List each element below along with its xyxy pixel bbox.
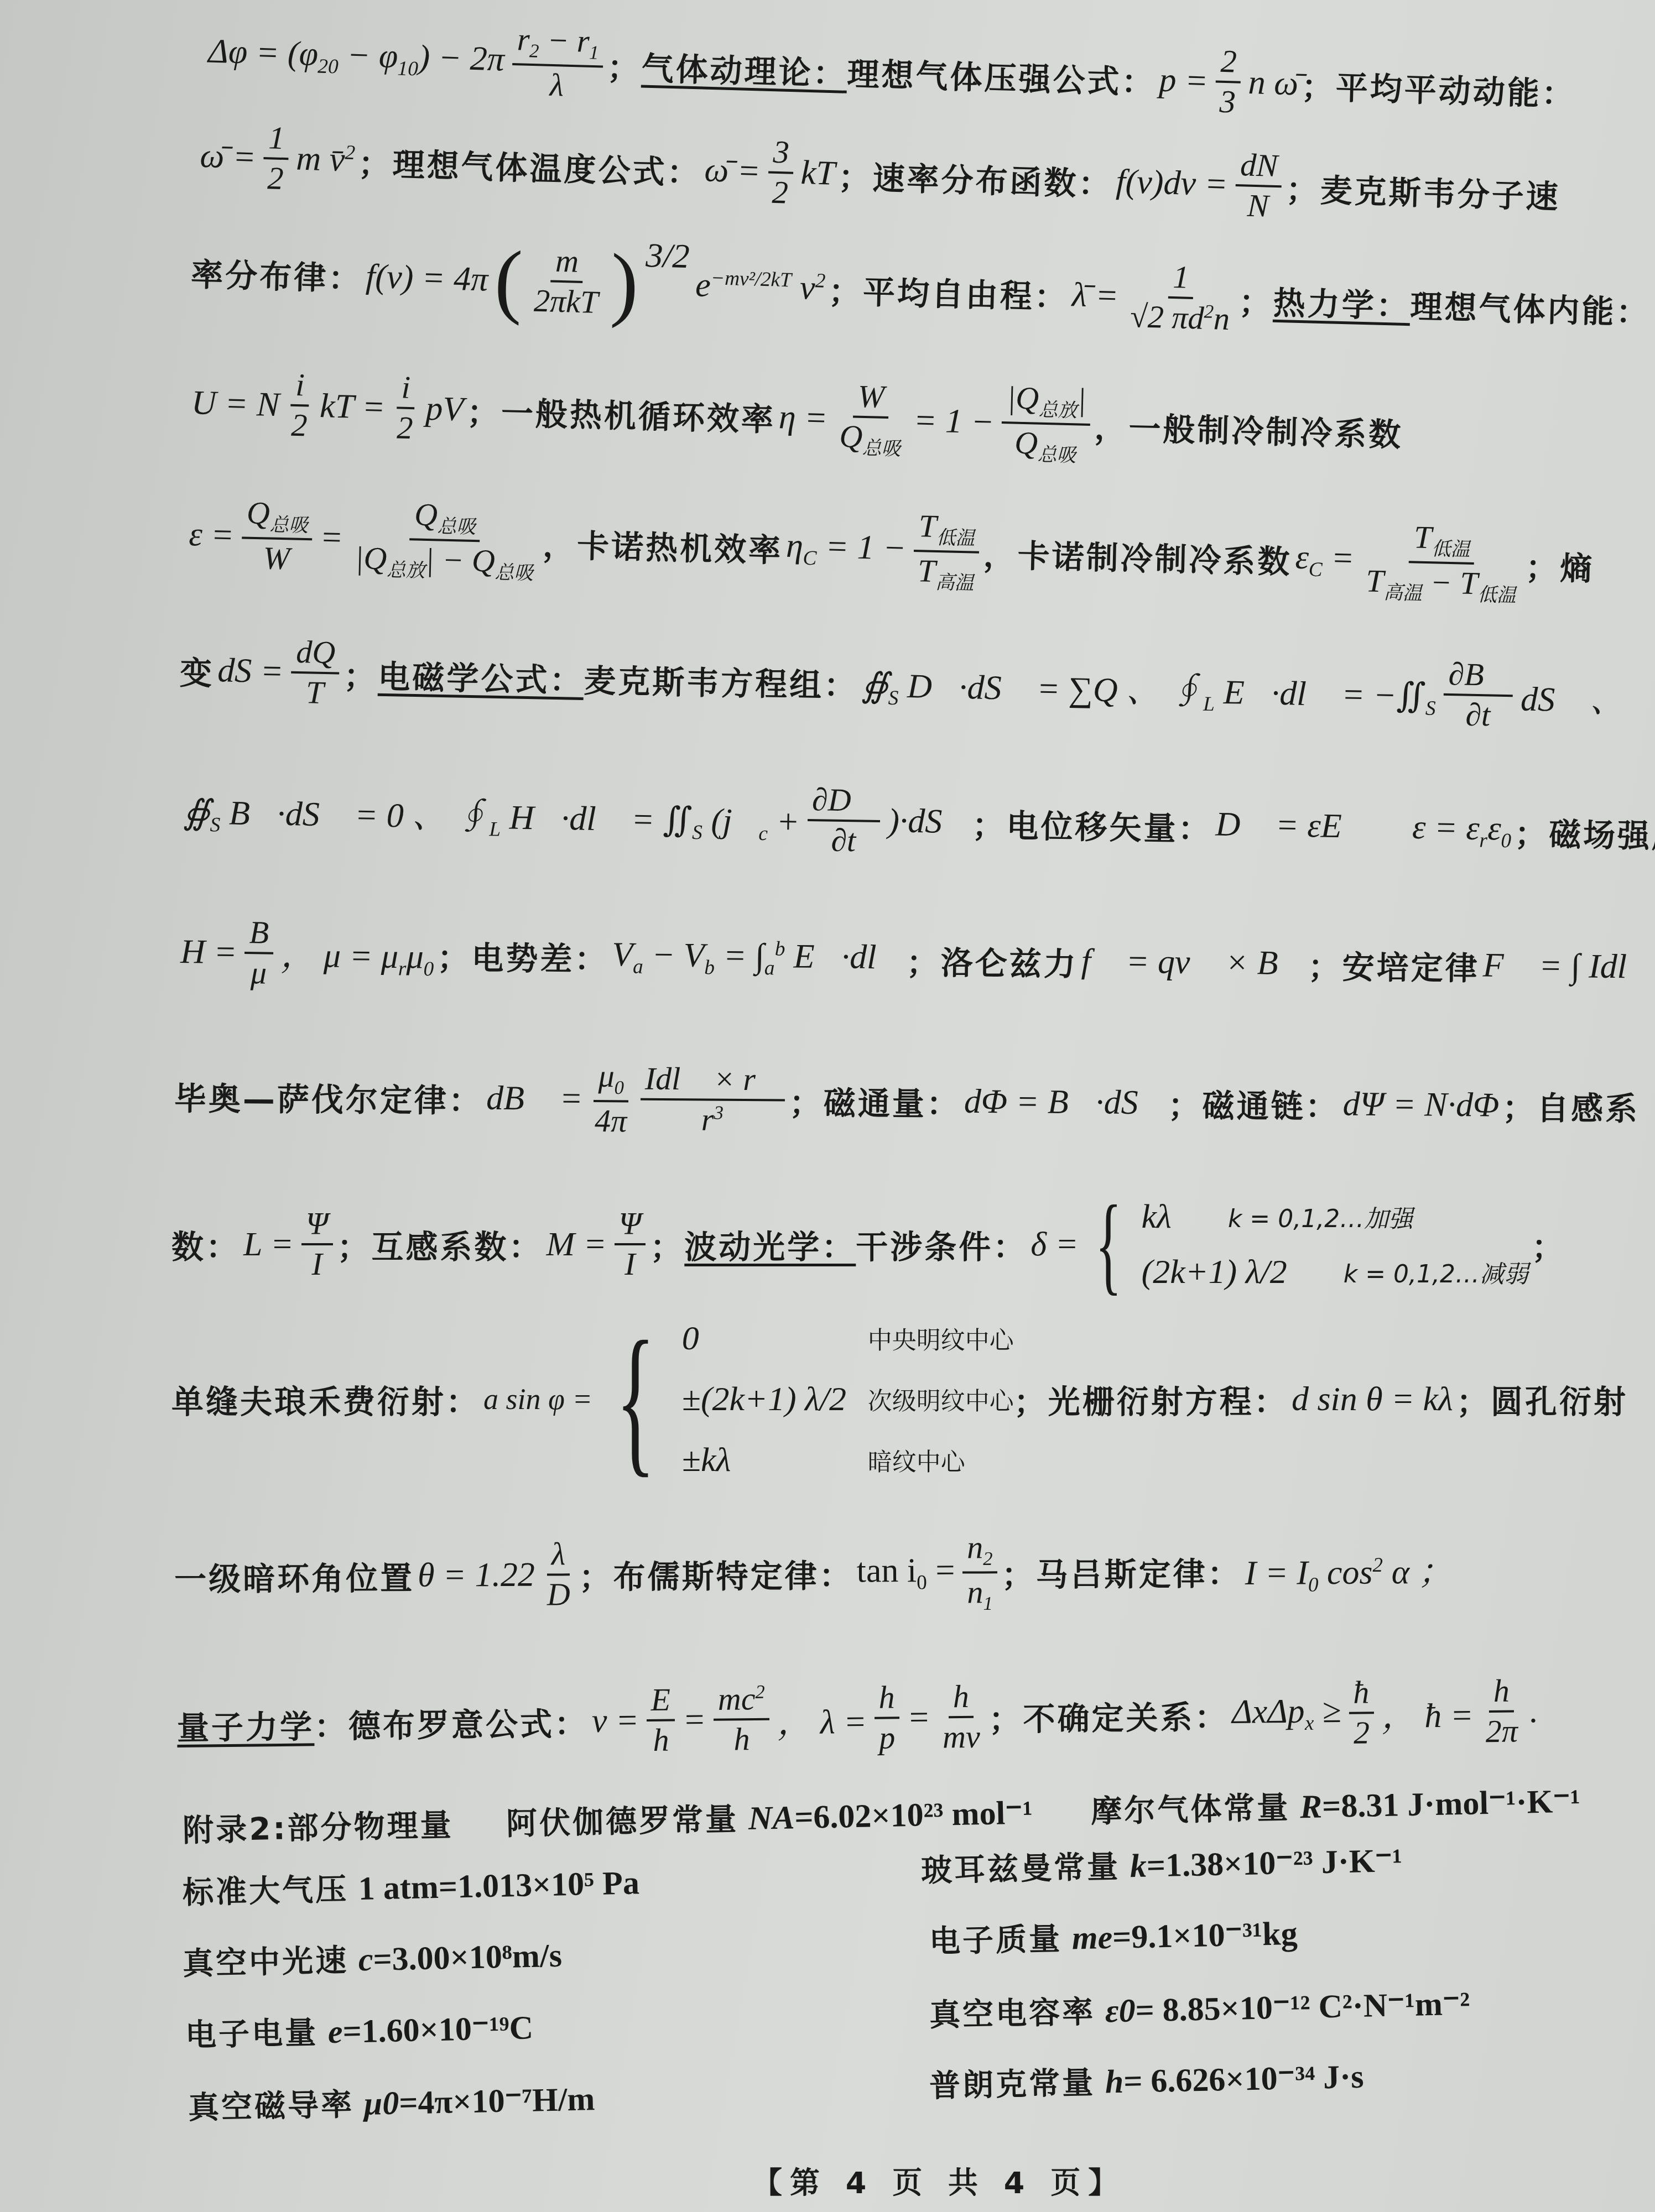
constant-symbol: me	[1071, 1919, 1113, 1957]
label: ；	[1238, 276, 1274, 324]
constant-value: =4π×10⁻⁷H/m	[399, 2080, 596, 2121]
label: ；洛仑兹力	[906, 937, 1078, 985]
label: 一级暗环角位置	[174, 1552, 414, 1600]
formula-line-6: 变 dS = dQT ； 电磁学公式： 麦克斯韦方程组： ∯S D⃗·dS⃗ =…	[179, 633, 1628, 735]
formula-line-12: 一级暗环角位置 θ = 1.22 λD ；布儒斯特定律： tan i0 = n2…	[174, 1528, 1456, 1618]
constant-name: 电子电量	[185, 2015, 318, 2054]
label: ；	[344, 650, 379, 697]
constant-permeability: 真空磁导率 μ0=4π×10⁻⁷H/m	[188, 2075, 595, 2127]
formula-line-13: 量子力学 ：德布罗意公式： ν = Eh = mc2h ， λ = hp = h…	[176, 1674, 1542, 1762]
section-heading-kinetic-theory: 气体动理论：	[641, 42, 848, 94]
formula-line-1: Δφ = (φ20 − φ10) − 2π r2 − r1λ ； 气体动理论： …	[204, 14, 1577, 131]
label: ；不确定关系：	[988, 1691, 1229, 1740]
label: 理想气体内能：	[1410, 280, 1651, 333]
constant-name: 真空磁导率	[188, 2086, 354, 2126]
formula-line-11: 单缝夫琅禾费衍射： a sin φ = { 0中央明纹中心 ±(2k+1) λ/…	[171, 1316, 1628, 1482]
label: ；磁通链：	[1168, 1079, 1340, 1127]
constant-name: 玻耳兹曼常量	[921, 1849, 1121, 1890]
constant-value: = 8.85×10⁻¹² C²·N⁻¹m⁻²	[1135, 1985, 1470, 2029]
label: ，卡诺制冷制冷系数	[983, 529, 1293, 583]
label: ；光栅衍射方程：	[1014, 1376, 1288, 1422]
constant-value: =6.02×10²³ mol⁻¹	[794, 1794, 1033, 1835]
label: ；电位移矢量：	[972, 800, 1212, 850]
label: 理想气体压强公式：	[847, 48, 1157, 103]
constant-electron-mass: 电子质量 me=9.1×10⁻³¹kg	[929, 1910, 1298, 1961]
label: ；速率分布函数：	[838, 151, 1113, 205]
label: ；麦克斯韦分子速	[1286, 163, 1561, 217]
constant-electron-charge: 电子电量 e=1.60×10⁻¹⁹C	[185, 2004, 533, 2055]
constant-symbol: e	[327, 2013, 343, 2051]
label: ；圆孔衍射	[1456, 1376, 1628, 1422]
label: ；一般热机循环效率	[466, 387, 776, 441]
phase-difference-formula: Δφ = (φ20 − φ10) − 2π	[207, 32, 505, 83]
exam-page: Δφ = (φ20 − φ10) − 2π r2 − r1λ ； 气体动理论： …	[0, 0, 1655, 2212]
label: ；平均平动动能：	[1301, 61, 1576, 115]
constant-value: =1.013×10⁵ Pa	[438, 1864, 639, 1905]
formula-line-7: ∯S B⃗·dS⃗ = 0 、 ∮L H⃗·dl⃗ = ∬S (j⃗c + ∂D…	[179, 773, 1655, 872]
page-indicator: 【第 4 页 共 4 页】	[752, 2159, 1126, 2202]
case-note: k = 0,1,2…加强	[1228, 1199, 1413, 1234]
fraction: r2 − r1λ	[511, 23, 604, 104]
formula-line-3: 率分布律： f(v) = 4π ( m2πkT ) 3/2 e−mv²/2kT …	[190, 224, 1652, 357]
constant-symbol: R	[1299, 1788, 1322, 1825]
constant-name: 标准大气压	[183, 1871, 349, 1911]
single-slit-cases: { 0中央明纹中心 ±(2k+1) λ/2次级明纹中心 ±kλ暗纹中心	[596, 1316, 1014, 1482]
appendix-title: 附录2:部分物理量	[183, 1807, 454, 1849]
label: 变	[179, 647, 215, 694]
section-heading-quantum: 量子力学	[177, 1700, 315, 1749]
section-heading-wave-optics: 波动光学：	[684, 1221, 856, 1267]
label: ；电势差：	[437, 932, 609, 980]
label: 麦克斯韦方程组：	[584, 655, 859, 707]
constant-symbol: h	[1105, 2063, 1124, 2100]
constant-value: = 6.626×10⁻³⁴ J·s	[1123, 2058, 1365, 2100]
constant-planck: 普朗克常量 h= 6.626×10⁻³⁴ J·s	[929, 2053, 1364, 2106]
label: ；磁场强度：	[1515, 808, 1655, 858]
formula-line-2: ω̄ = 12 m v̄2 ；理想气体温度公式： ω̄ = 32 kT ；速率分…	[196, 119, 1562, 232]
formula-line-9: 毕奥—萨伐尔定律： dB⃗ = μ04π Idl⃗ × r⃗r3 ；磁通量： d…	[174, 1057, 1640, 1146]
constant-permittivity: 真空电容率 ε0= 8.85×10⁻¹² C²·N⁻¹m⁻²	[929, 1980, 1470, 2035]
case-note: 暗纹中心	[868, 1442, 965, 1478]
constant-value: =8.31 J·mol⁻¹·K⁻¹	[1321, 1783, 1580, 1825]
label: ；理想气体温度公式：	[358, 138, 702, 194]
constant-value: =1.38×10⁻²³ J·K⁻¹	[1146, 1842, 1403, 1884]
constant-atm: 标准大气压 1 atm=1.013×10⁵ Pa	[182, 1859, 639, 1912]
label: ；磁通量：	[789, 1077, 961, 1125]
label: ，卡诺热机效率	[542, 519, 783, 571]
label: ；熵	[1525, 541, 1595, 589]
formula-line-5: ε = Q总吸W = Q总吸|Q总放| − Q总吸 ，卡诺热机效率 ηC = 1…	[185, 493, 1595, 608]
case-note: 中央明纹中心	[868, 1321, 1014, 1356]
constant-value: =3.00×10⁸m/s	[373, 1937, 563, 1978]
case-note: k = 0,1,2…减弱	[1344, 1254, 1528, 1290]
label: ；安培定律	[1308, 941, 1480, 989]
constant-symbol: NA	[748, 1799, 795, 1837]
label: 率分布律：	[190, 248, 363, 299]
constant-name: 真空电容率	[929, 1994, 1096, 2033]
constant-symbol: 1 atm	[358, 1869, 439, 1907]
constant-name: 摩尔气体常量	[1091, 1790, 1290, 1830]
constant-symbol: ε0	[1105, 1992, 1136, 2029]
constant-boltzmann: 玻耳兹曼常量 k=1.38×10⁻²³ J·K⁻¹	[920, 1837, 1403, 1891]
section-heading-thermodynamics: 热力学：	[1273, 277, 1411, 327]
constant-name: 普朗克常量	[929, 2065, 1095, 2104]
formula-line-4: U = N i2 kT = i2 pV ；一般热机循环效率 η = WQ总吸 =…	[187, 361, 1404, 474]
section-heading-electromagnetism: 电磁学公式：	[378, 651, 585, 701]
label: ；布儒斯特定律：	[579, 1550, 853, 1598]
label: 数：	[171, 1221, 240, 1267]
label: ；平均自由程：	[828, 265, 1069, 318]
label: 干涉条件：	[856, 1221, 1027, 1267]
constant-symbol: k	[1130, 1848, 1147, 1885]
formula-line-10: 数： L = ΨI ；互感系数： M = ΨI ； 波动光学： 干涉条件： δ …	[171, 1189, 1566, 1300]
label: 毕奥—萨伐尔定律：	[174, 1073, 483, 1121]
constant-name: 真空中光速	[182, 1943, 348, 1982]
interference-cases: { kλk = 0,1,2…加强 (2k+1) λ/2k = 0,1,2…减弱	[1082, 1189, 1532, 1300]
constant-value: =1.60×10⁻¹⁹C	[342, 2009, 534, 2049]
label: ：德布罗意公式：	[314, 1698, 589, 1747]
label: ；	[650, 1221, 684, 1267]
label: ；互感系数：	[337, 1221, 543, 1267]
constant-name: 电子质量	[929, 1921, 1062, 1960]
constant-value: =9.1×10⁻³¹kg	[1112, 1915, 1298, 1955]
label: ，一般制冷制冷系数	[1094, 401, 1404, 456]
formula-line-8: H = Bμ ， μ = μrμ0 ；电势差： Va − Vb = ∫ab E⃗…	[176, 915, 1655, 1006]
label: ；马吕斯定律：	[1001, 1548, 1241, 1595]
constant-symbol: c	[358, 1941, 373, 1978]
case-note: 次级明纹中心	[868, 1381, 1014, 1417]
constant-light-speed: 真空中光速 c=3.00×10⁸m/s	[182, 1932, 562, 1984]
constant-symbol: μ0	[363, 2085, 399, 2122]
label: ；自感系	[1502, 1082, 1640, 1130]
constant-name: 阿伏伽德罗常量	[506, 1801, 739, 1842]
label: 单缝夫琅禾费衍射：	[171, 1376, 480, 1422]
